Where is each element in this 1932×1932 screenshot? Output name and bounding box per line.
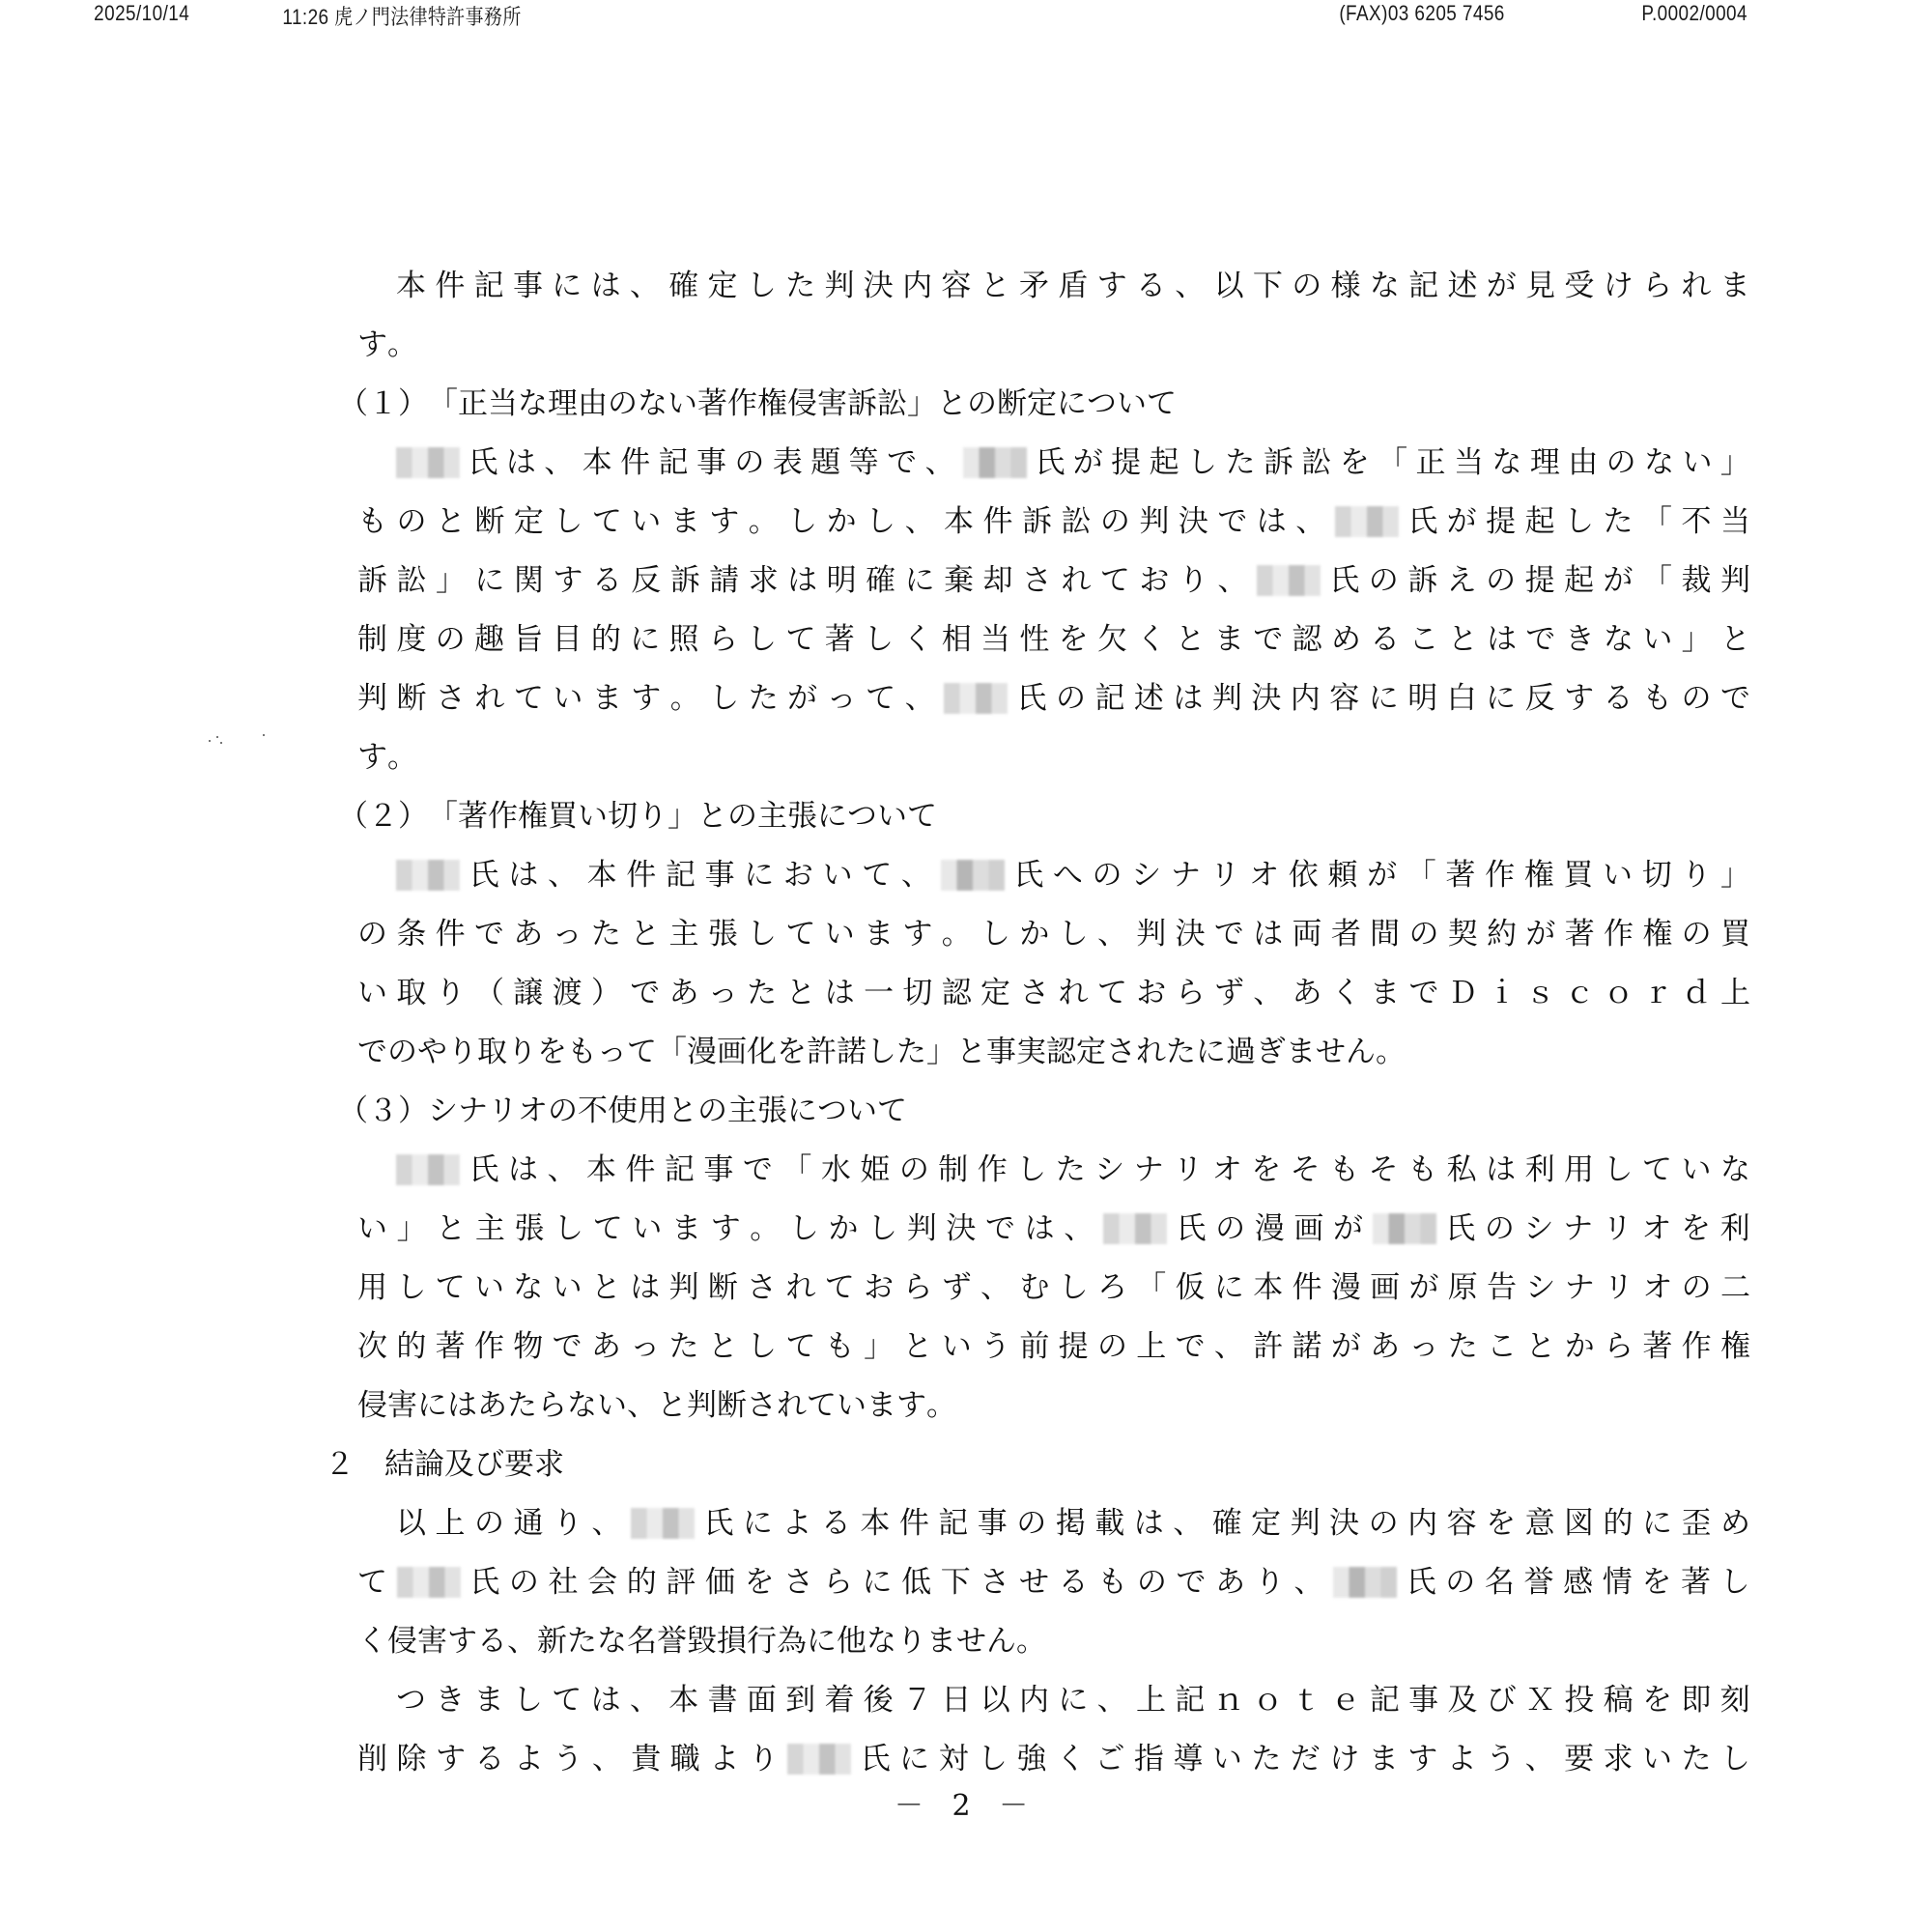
section-subheading: （３）シナリオの不使用との主張について <box>338 1092 907 1130</box>
redacted-name <box>397 1567 461 1598</box>
body-text-line: 氏は、本件記事の表題等で、氏が提起した訴訟を「正当な理由のない」 <box>396 443 1750 482</box>
section-subheading: （２）「著作権買い切り」との主張について <box>338 797 937 836</box>
body-text-line: い取り（譲渡）であったとは一切認定されておらず、あくまでＤｉｓｃｏｒｄ上 <box>357 974 1750 1012</box>
body-text-line: 制度の趣旨目的に照らして著しく相当性を欠くとまで認めることはできない」と <box>357 620 1750 659</box>
body-text-line: 本件記事には、確定した判決内容と矛盾する、以下の様な記述が見受けられま <box>396 267 1750 305</box>
fax-header: 2025/10/14 11:26 虎ノ門法律特許事務所 (FAX)03 6205… <box>0 0 1662 29</box>
body-text-line: 次的著作物であったとしても」という前提の上で、許諾があったことから著作権 <box>357 1327 1750 1366</box>
body-text-line: つきましては、本書面到着後７日以内に、上記ｎｏｔｅ記事及びＸ投稿を即刻 <box>396 1681 1750 1719</box>
body-text-line: 氏は、本件記事において、氏へのシナリオ依頼が「著作権買い切り」 <box>396 856 1750 895</box>
redacted-name <box>396 447 460 478</box>
redacted-name <box>631 1508 695 1539</box>
fax-page-count: P.0002/0004 <box>1641 1 1747 26</box>
body-text-line: て氏の社会的評価をさらに低下させるものであり、氏の名誉感情を著し <box>357 1563 1750 1602</box>
body-text-line: でのやり取りをもって「漫画化を許諾した」と事実認定されたに過ぎません。 <box>357 1033 1406 1071</box>
redacted-name <box>944 683 1008 714</box>
body-text-line: す。 <box>357 738 417 777</box>
redacted-name <box>787 1744 851 1775</box>
body-text-line: ものと断定しています。しかし、本件訴訟の判決では、氏が提起した「不当 <box>357 502 1750 541</box>
section-subheading: （１）「正当な理由のない著作権侵害訴訟」との断定について <box>338 384 1177 423</box>
body-text-line: 判断されています。したがって、氏の記述は判決内容に明白に反するもので <box>357 679 1750 718</box>
body-text-line: 用していないとは判断されておらず、むしろ「仮に本件漫画が原告シナリオの二 <box>357 1268 1750 1307</box>
body-text-line: 削除するよう、貴職より氏に対し強くご指導いただけますよう、要求いたし <box>357 1740 1750 1778</box>
page-number: － 2 － <box>0 1781 1932 1824</box>
body-text-line: の条件であったと主張しています。しかし、判決では両者間の契約が著作権の買 <box>357 915 1750 953</box>
fax-time-sender: 11:26 虎ノ門法律特許事務所 <box>282 1 521 31</box>
fax-number: (FAX)03 6205 7456 <box>1339 1 1504 26</box>
redacted-name <box>1103 1213 1167 1244</box>
fax-date: 2025/10/14 <box>94 1 189 26</box>
body-text-line: い」と主張しています。しかし判決では、氏の漫画が氏のシナリオを利 <box>357 1209 1750 1248</box>
body-text-line: す。 <box>357 326 417 364</box>
redacted-name <box>1373 1213 1436 1244</box>
body-text-line: 訴訟」に関する反訴請求は明確に棄却されており、氏の訴えの提起が「裁判 <box>357 561 1750 600</box>
redacted-name <box>1335 506 1399 537</box>
redacted-name <box>1257 565 1321 596</box>
scan-noise <box>207 732 274 744</box>
redacted-name <box>396 1154 460 1185</box>
body-text-line: く侵害する、新たな名誉毀損行為に他なりません。 <box>357 1622 1046 1661</box>
redacted-name <box>963 447 1027 478</box>
body-text-line: 侵害にはあたらない、と判断されています。 <box>357 1386 956 1425</box>
redacted-name <box>396 860 460 891</box>
section-heading: ２ 結論及び要求 <box>325 1445 564 1484</box>
body-text-line: 以上の通り、氏による本件記事の掲載は、確定判決の内容を意図的に歪め <box>396 1504 1750 1543</box>
redacted-name <box>1333 1567 1397 1598</box>
body-text-line: 氏は、本件記事で「水姫の制作したシナリオをそもそも私は利用していな <box>396 1151 1750 1189</box>
redacted-name <box>941 860 1005 891</box>
